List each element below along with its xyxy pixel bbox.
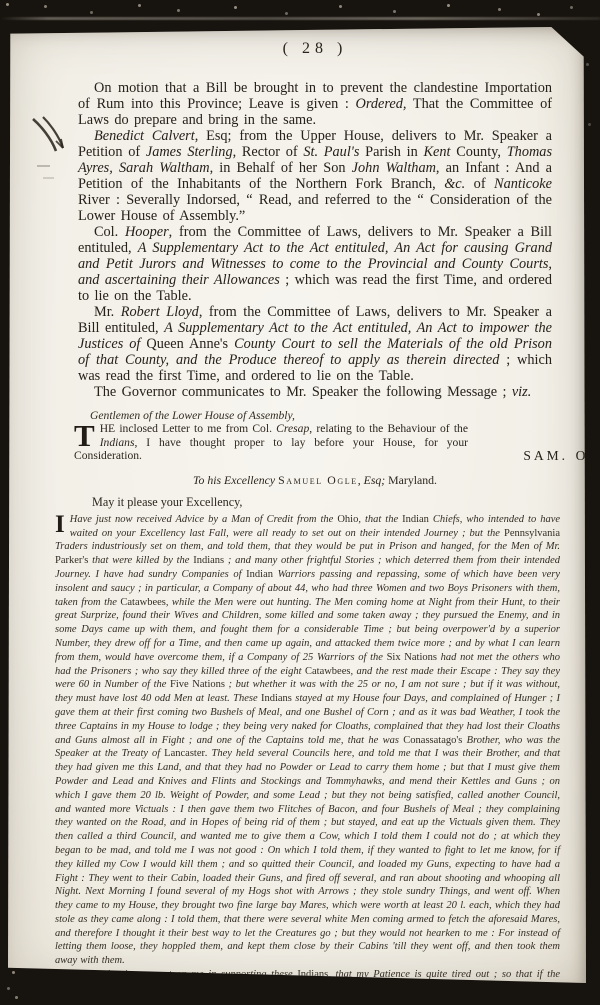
scan-noise-specks	[6, 3, 9, 6]
page-number: ( 28 )	[78, 40, 552, 58]
letter-catchword: cessity	[55, 996, 560, 1005]
message-body: THE inclosed Letter to me from Col. Cres…	[74, 422, 552, 463]
letter-text: Have just now received Advice by a Man o…	[55, 514, 560, 967]
journal-paragraph: Mr. Robert Lloyd, from the Committee of …	[78, 304, 552, 384]
journal-paragraph: Benedict Calvert, Esq; from the Upper Ho…	[78, 128, 552, 224]
letter-paragraph: IHave just now received Advice by a Man …	[55, 513, 560, 968]
governor-message: Gentlemen of the Lower House of Assembly…	[74, 409, 552, 463]
journal-paragraph: The Governor communicates to Mr. Speaker…	[78, 384, 552, 400]
drop-cap-I: I	[55, 513, 70, 536]
letter-paragraph: The Burden is so great on me in supporti…	[55, 968, 560, 996]
message-signature: SAM. OGLE.	[523, 449, 600, 463]
journal-paragraph: On motion that a Bill be brought in to p…	[78, 80, 552, 128]
paper-page: ( 28 ) On motion that a Bill be brought …	[8, 26, 586, 984]
letter-salutation: May it please your Excellency,	[92, 495, 552, 509]
margin-ink-mark	[28, 116, 72, 194]
scan-noise-streak	[0, 17, 600, 20]
drop-cap-T: T	[74, 422, 100, 448]
cresap-letter: IHave just now received Advice by a Man …	[55, 513, 560, 1005]
journal-paragraph: Col. Hooper, from the Committee of Laws,…	[78, 224, 552, 304]
message-salutation: Gentlemen of the Lower House of Assembly…	[90, 409, 552, 422]
scan-background: ( 28 ) On motion that a Bill be brought …	[0, 0, 600, 1005]
page-content: ( 28 ) On motion that a Bill be brought …	[78, 26, 552, 1005]
message-text: HE inclosed Letter to me from Col. Cresa…	[74, 422, 468, 462]
letter-address: To his Excellency Samuel Ogle, Esq; Mary…	[78, 474, 552, 487]
